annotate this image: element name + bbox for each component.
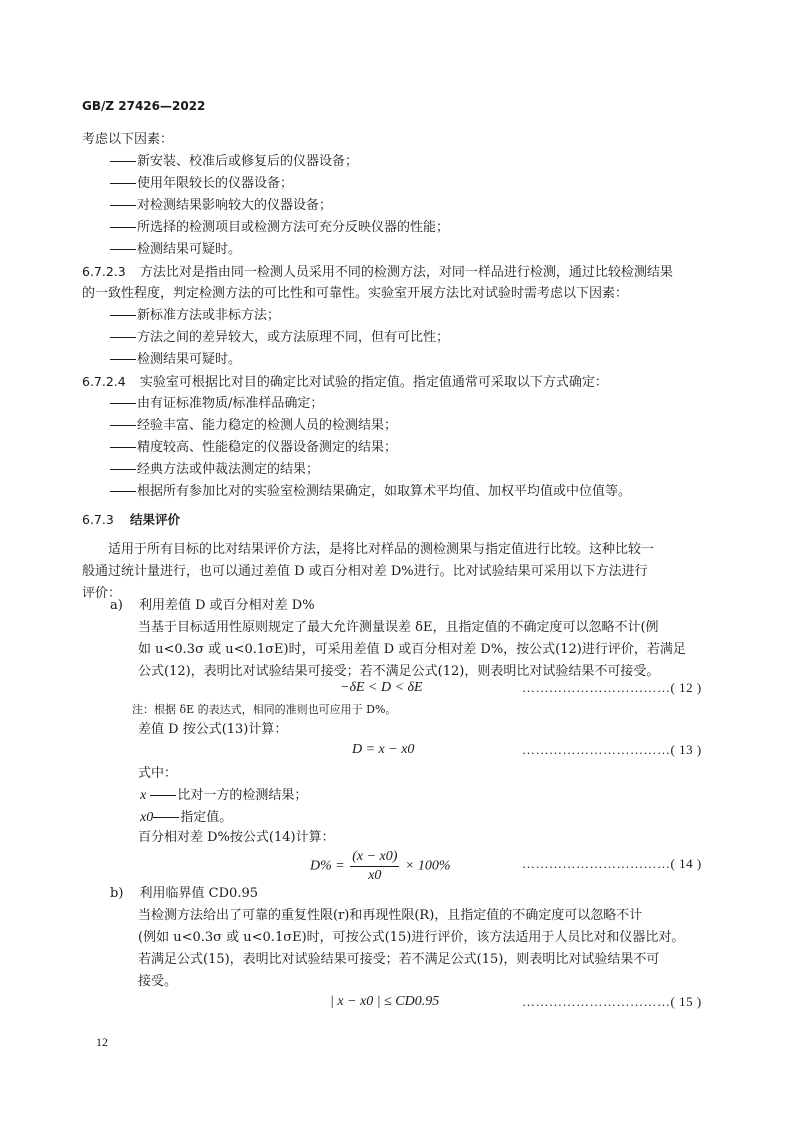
paragraph-line: 接受。	[138, 974, 177, 990]
list-item: 根据所有参加比对的实验室检测结果确定，如取算术平均值、加权平均值或中位值等。	[110, 484, 631, 500]
standard-id-header: GB/Z 27426—2022	[82, 98, 205, 114]
list-item: 检测结果可疑时。	[110, 352, 241, 368]
item-b-heading: b) 利用临界值 CD0.95	[110, 886, 258, 902]
equation-number-12: ……………………………( 12 )	[522, 680, 702, 696]
item-title: 利用临界值 CD0.95	[140, 886, 258, 901]
paragraph-text: 方法比对是指由同一检测人员采用不同的检测方法，对同一样品进行检测，通过比较检测结…	[140, 265, 673, 280]
note: 注：根据 δE 的表达式，相同的准则也可应用于 D%。	[132, 702, 396, 718]
equation-number-15: ……………………………( 15 )	[522, 994, 702, 1010]
item-label: b)	[110, 886, 123, 901]
where-label: 式中：	[138, 766, 177, 782]
paragraph-line: 公式(12)，表明比对试验结果可接受；若不满足公式(12)，则表明比对试验结果不…	[138, 664, 659, 680]
section-6724-line1: 6.7.2.4 实验室可根据比对目的确定比对试验的指定值。指定值通常可采取以下方…	[82, 374, 608, 391]
paragraph-line: 当基于目标适用性原则规定了最大允许测量误差 δE，且指定值的不确定度可以忽略不计…	[138, 620, 659, 636]
equation-13: D = x − x0	[352, 742, 414, 758]
equation-12: −δE < D < δE	[340, 680, 423, 696]
list-item: 所选择的检测项目或检测方法可充分反映仪器的性能；	[110, 220, 449, 236]
item-title: 利用差值 D 或百分相对差 D%	[139, 598, 315, 613]
list-item: 使用年限较长的仪器设备；	[110, 176, 293, 192]
list-item: 经验丰富、能力稳定的检测人员的检测结果；	[110, 418, 397, 434]
paragraph-line: 如 u<0.3σ 或 u<0.1σE)时，可采用差值 D 或百分相对差 D%，按…	[138, 642, 686, 658]
variable-symbol: x	[140, 788, 146, 803]
list-item: 经典方法或仲裁法测定的结果；	[110, 462, 319, 478]
paragraph-line: 若满足公式(15)，表明比对试验结果可接受；若不满足公式(15)，则表明比对试验…	[138, 952, 659, 968]
variable-symbol: x0	[140, 810, 153, 825]
list-item: 由有证标准物质/标准样品确定；	[110, 396, 323, 412]
section-6723-line2: 的一致性程度，判定检测方法的可比性和可靠性。实验室开展方法比对试验时需考虑以下因…	[82, 286, 628, 302]
section-number: 6.7.2.3	[82, 264, 126, 279]
equation-14: D% = (x − x0) x0 × 100%	[310, 848, 451, 885]
list-item: 检测结果可疑时。	[110, 242, 241, 258]
paragraph-line: (例如 u<0.3σ 或 u<0.1σE)时，可按公式(15)进行评价，该方法适…	[138, 930, 684, 946]
section-number: 6.7.3	[82, 512, 114, 527]
list-item: 新安装、校准后或修复后的仪器设备；	[110, 154, 358, 170]
variable-description: 指定值。	[153, 810, 232, 825]
page-number: 12	[96, 1034, 108, 1050]
item-a-heading: a) 利用差值 D 或百分相对差 D%	[110, 598, 315, 614]
list-item: 方法之间的差异较大，或方法原理不同，但有可比性；	[110, 330, 449, 346]
intro-line: 考虑以下因素：	[82, 132, 173, 148]
paragraph-line: 差值 D 按公式(13)计算：	[138, 722, 287, 738]
equation-number-13: ……………………………( 13 )	[522, 742, 702, 758]
paragraph-line: 百分相对差 D%按公式(14)计算：	[138, 830, 335, 846]
item-label: a)	[110, 598, 123, 613]
section-number: 6.7.2.4	[82, 374, 126, 389]
equation-lhs: D% =	[310, 859, 345, 874]
variable-description: 比对一方的检测结果；	[150, 788, 307, 803]
paragraph-line: 般通过统计量进行，也可以通过差值 D 或百分相对差 D%进行。比对试验结果可采用…	[82, 564, 648, 580]
section-title: 结果评价	[130, 512, 180, 527]
fraction-numerator: (x − x0)	[350, 848, 399, 867]
fraction: (x − x0) x0	[350, 848, 399, 885]
paragraph-line: 当检测方法给出了可靠的重复性限(r)和再现性限(R)，且指定值的不确定度可以忽略…	[138, 908, 642, 924]
equation-15: | x − x0 | ≤ CD0.95	[330, 994, 439, 1010]
fraction-denominator: x0	[350, 867, 399, 885]
list-item: 新标准方法或非标方法；	[110, 308, 280, 324]
variable-definition-x0: x0指定值。	[140, 810, 232, 826]
list-item: 精度较高、性能稳定的仪器设备测定的结果；	[110, 440, 397, 456]
equation-rhs: × 100%	[405, 859, 451, 874]
variable-definition-x: x 比对一方的检测结果；	[140, 788, 307, 804]
section-673-heading: 6.7.3 结果评价	[82, 512, 180, 529]
paragraph-text: 实验室可根据比对目的确定比对试验的指定值。指定值通常可采取以下方式确定：	[140, 375, 608, 390]
equation-number-14: ……………………………( 14 )	[522, 856, 702, 872]
list-item: 对检测结果影响较大的仪器设备；	[110, 198, 332, 214]
section-6723-line1: 6.7.2.3 方法比对是指由同一检测人员采用不同的检测方法，对同一样品进行检测…	[82, 264, 708, 281]
paragraph-line: 适用于所有目标的比对结果评价方法，是将比对样品的测检测果与指定值进行比较。这种比…	[108, 542, 654, 558]
